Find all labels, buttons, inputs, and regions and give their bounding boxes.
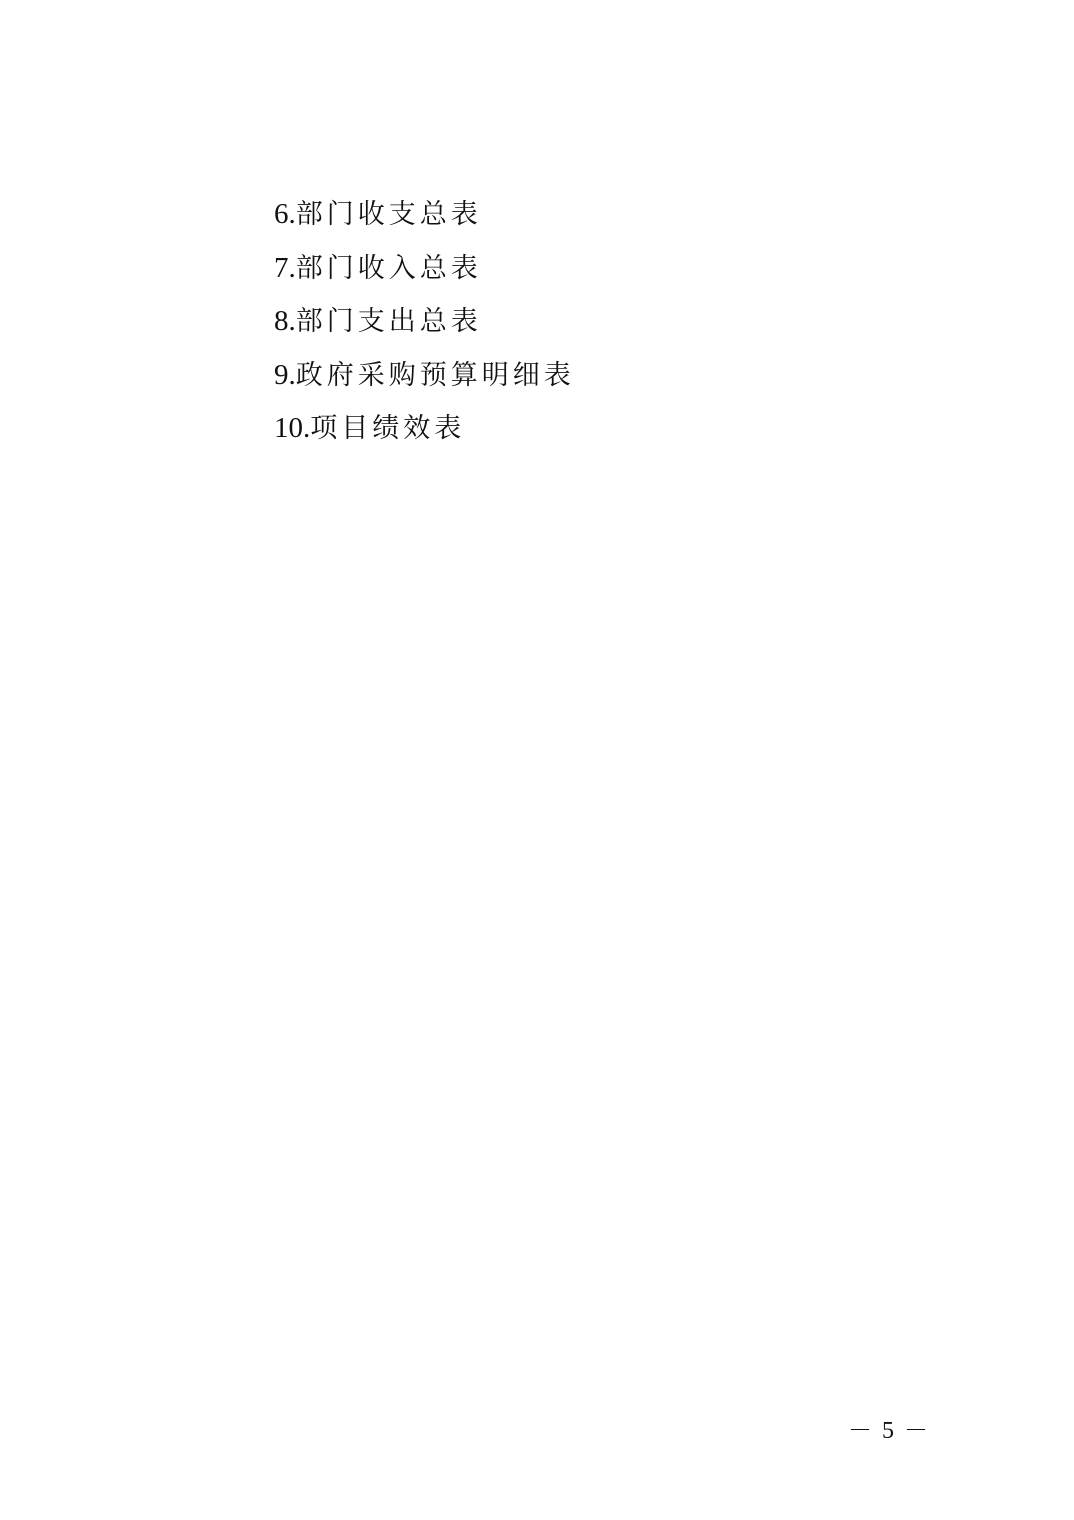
list-item-number: 8. [274, 305, 296, 337]
list-item-number: 7. [274, 252, 296, 284]
attachment-list: 6.部门收支总表 7.部门收入总表 8.部门支出总表 9.政府采购预算明细表 1… [274, 194, 575, 462]
list-item-number: 10. [274, 412, 310, 444]
list-item-text: 项目绩效表 [310, 413, 465, 444]
list-item-number: 9. [274, 359, 296, 391]
list-item-text: 政府采购预算明细表 [296, 360, 575, 391]
list-item: 10.项目绩效表 [274, 408, 575, 462]
list-item-number: 6. [274, 198, 296, 230]
list-item-text: 部门收支总表 [296, 199, 482, 230]
list-item: 7.部门收入总表 [274, 248, 575, 302]
list-item: 6.部门收支总表 [274, 194, 575, 248]
list-item: 8.部门支出总表 [274, 301, 575, 355]
list-item-text: 部门支出总表 [296, 306, 482, 337]
page-number: － 5 － [848, 1410, 930, 1445]
list-item-text: 部门收入总表 [296, 253, 482, 284]
list-item: 9.政府采购预算明细表 [274, 355, 575, 409]
